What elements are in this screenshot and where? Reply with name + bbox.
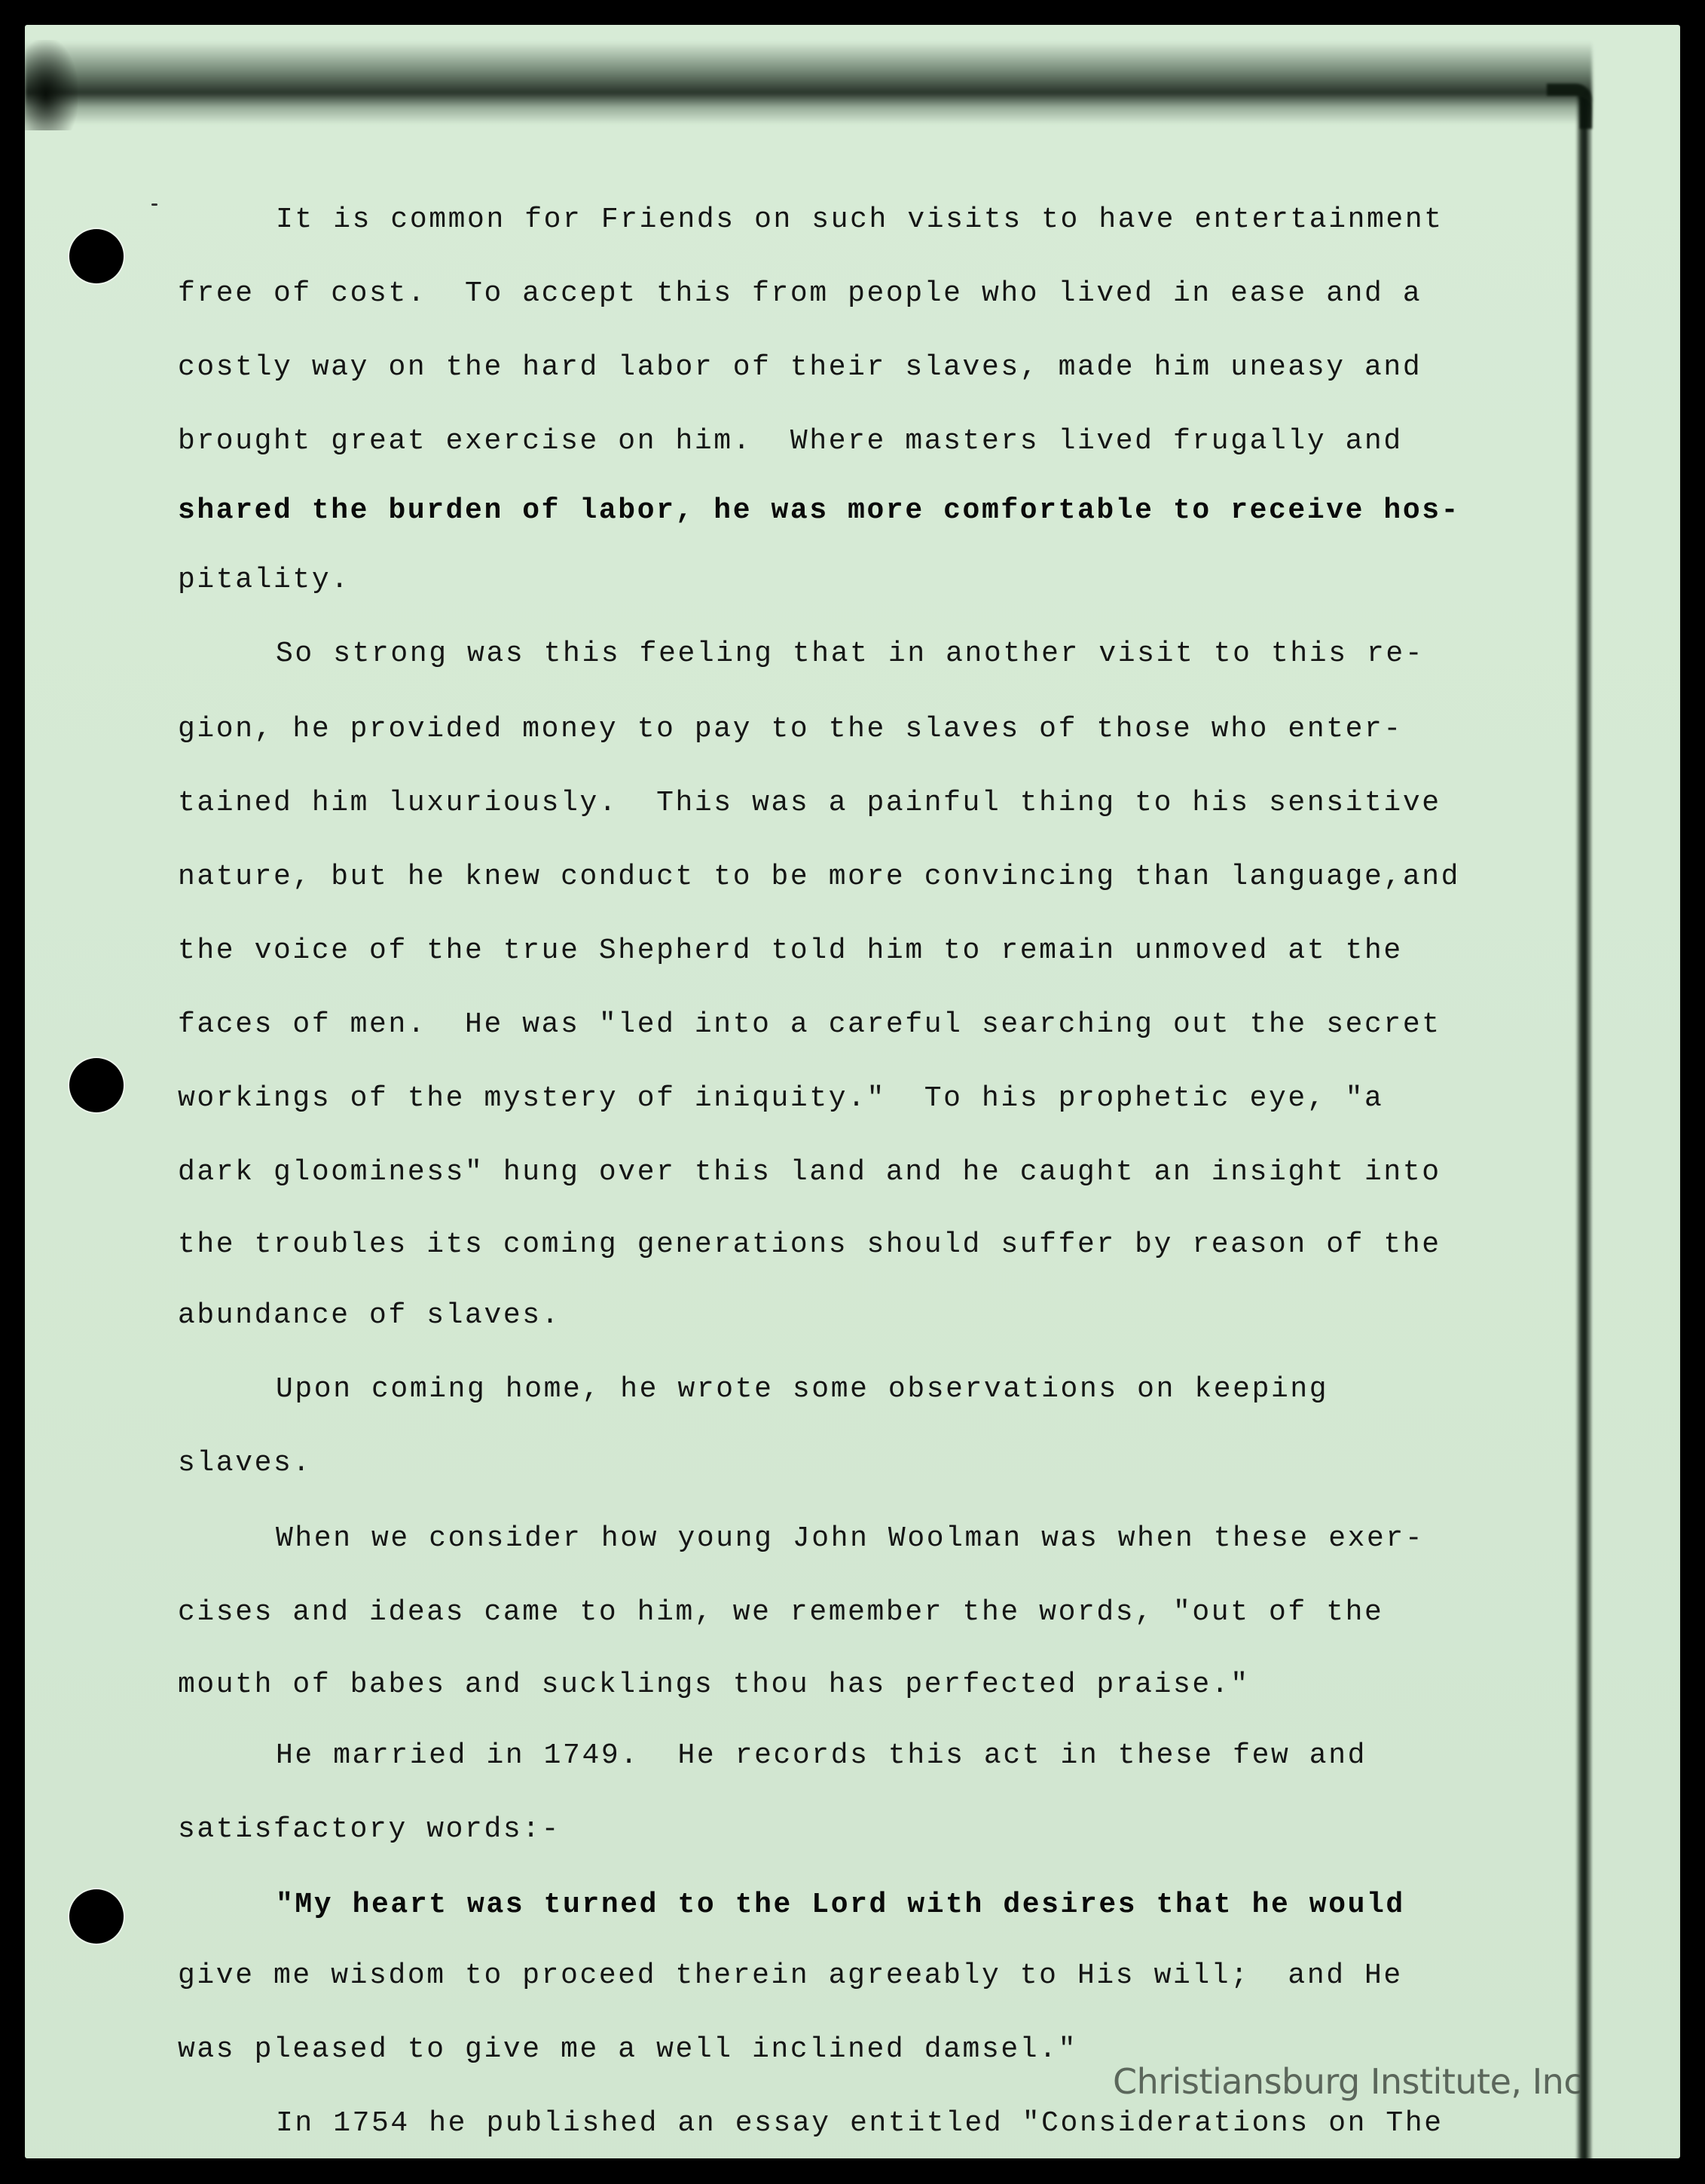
document-page: It is common for Friends on such visits … <box>25 25 1680 2158</box>
text-line: free of cost. To accept this from people… <box>178 280 1422 308</box>
text-line: He married in 1749. He records this act … <box>276 1742 1367 1770</box>
text-line: the voice of the true Shepherd told him … <box>178 937 1403 965</box>
text-line: was pleased to give me a well inclined d… <box>178 2036 1077 2064</box>
text-line: pitality. <box>178 566 350 595</box>
photocopy-smudge <box>25 40 78 130</box>
photocopy-frame-top <box>25 41 1592 124</box>
text-line: costly way on the hard labor of their sl… <box>178 353 1422 382</box>
punch-hole-icon <box>69 1889 124 1944</box>
text-line: cises and ideas came to him, we remember… <box>178 1598 1383 1627</box>
text-line: give me wisdom to proceed therein agreea… <box>178 1962 1403 1990</box>
punch-hole-icon <box>69 1058 124 1112</box>
text-line: brought great exercise on him. Where mas… <box>178 427 1403 456</box>
text-line: satisfactory words:- <box>178 1815 561 1844</box>
text-line: Upon coming home, he wrote some observat… <box>276 1375 1328 1404</box>
text-line: faces of men. He was "led into a careful… <box>178 1011 1441 1039</box>
text-line: nature, but he knew conduct to be more c… <box>178 863 1460 892</box>
text-line: In 1754 he published an essay entitled "… <box>276 2109 1444 2138</box>
text-line: slaves. <box>178 1449 312 1478</box>
text-line: When we consider how young John Woolman … <box>276 1525 1424 1553</box>
text-line: mouth of babes and sucklings thou has pe… <box>178 1671 1250 1699</box>
text-line: workings of the mystery of iniquity." To… <box>178 1084 1383 1113</box>
text-line: It is common for Friends on such visits … <box>276 206 1444 234</box>
text-line: So strong was this feeling that in anoth… <box>276 640 1424 668</box>
text-line: the troubles its coming generations shou… <box>178 1231 1441 1259</box>
text-line: "My heart was turned to the Lord with de… <box>276 1891 1405 1919</box>
watermark: Christiansburg Institute, Inc <box>1113 2061 1582 2102</box>
text-line: abundance of slaves. <box>178 1302 561 1330</box>
punch-hole-icon <box>69 229 124 283</box>
text-line: gion, he provided money to pay to the sl… <box>178 715 1403 744</box>
text-line: dark gloominess" hung over this land and… <box>178 1158 1441 1187</box>
text-line: shared the burden of labor, he was more … <box>178 497 1460 525</box>
photocopy-frame-right <box>1575 96 1592 2158</box>
text-line: tained him luxuriously. This was a painf… <box>178 789 1441 818</box>
ink-speck <box>151 203 157 206</box>
